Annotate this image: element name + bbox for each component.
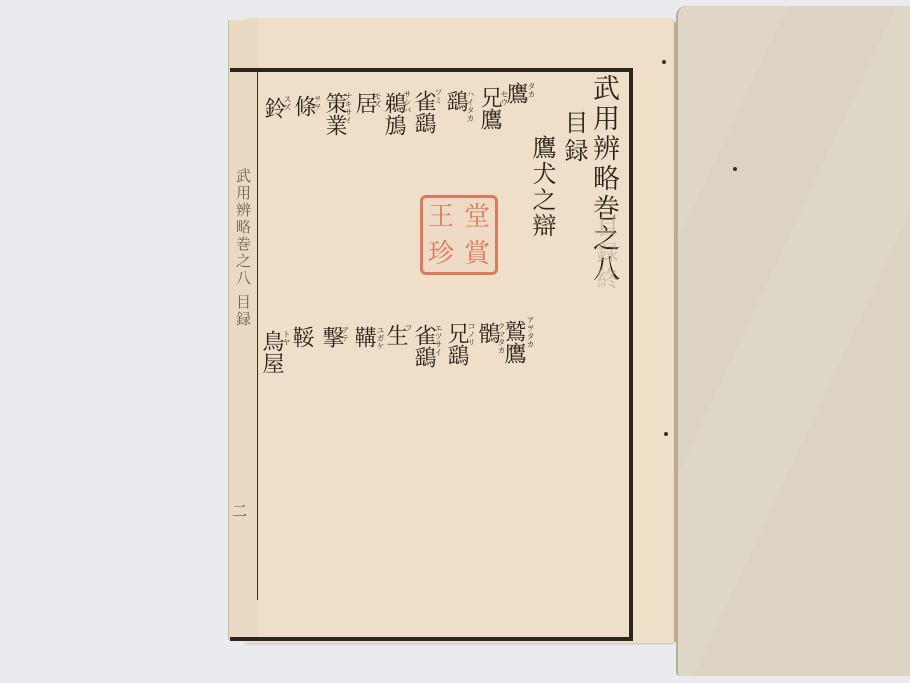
entry-upper: 策業: [323, 92, 345, 136]
entry-lower: 生: [384, 324, 406, 346]
seal-char: 賞: [459, 241, 495, 267]
entry-ruby: トヤ: [282, 330, 290, 346]
page-number: 二: [232, 500, 252, 521]
entry-ruby: クマタカ: [497, 322, 505, 354]
entry-ruby: ツミ: [434, 88, 442, 104]
seal-char: 王: [423, 204, 459, 230]
entry-ruby: ハイタカ: [466, 90, 474, 122]
paper-speck: [664, 432, 668, 436]
entry-ruby: ヲヲ: [313, 95, 321, 111]
entry-ruby: アヲタカ: [526, 316, 534, 348]
entry-ruby: ナキサイ: [344, 92, 352, 124]
entry-lower: 鳥屋: [260, 330, 282, 374]
entry-lower: 鶻: [476, 322, 498, 344]
entry-upper: 兄鷹: [478, 86, 500, 130]
spine-label: 武用辨略巻之八 目録: [232, 168, 254, 328]
entry-ruby: モズ: [373, 92, 381, 108]
bleed-through-text: 目録終: [594, 215, 616, 293]
entry-ruby: スズ: [283, 95, 291, 111]
paper-speck: [733, 167, 737, 171]
entry-ruby: サシバ: [403, 90, 411, 114]
entry-ruby: タカ: [527, 82, 535, 98]
seal-char: 珍: [423, 241, 459, 267]
contents-label: 目録: [562, 110, 586, 166]
entry-ruby: アテ: [341, 326, 349, 342]
entry-ruby: ユガケ: [376, 326, 384, 350]
entry-lower: 鞲: [352, 326, 374, 348]
seal-char: 堂: [459, 204, 495, 230]
entry-ruby: セウ: [500, 90, 508, 106]
entry-lower: 雀鷂: [412, 324, 434, 368]
facing-page-blank: [676, 6, 910, 676]
collector-seal-stamp: 王 堂 珍 賞: [420, 195, 498, 275]
entry-ruby: エツサイ: [434, 324, 442, 356]
entry-upper: 鵜鴋: [382, 92, 404, 136]
entry-lower: 鞖: [290, 326, 312, 348]
entry-ruby: コノリ: [467, 322, 475, 346]
entry-ruby: フ: [404, 324, 412, 332]
entry-lower: 兄鷂: [445, 322, 467, 366]
entry-upper: 鈴: [262, 97, 284, 119]
frame-inner-rule: [257, 72, 258, 600]
entry-lower: 撃: [320, 326, 342, 348]
entry-upper: 居: [353, 92, 375, 114]
entry-upper: 條: [292, 95, 314, 117]
paper-speck: [662, 60, 666, 64]
entry-upper: 雀鷂: [412, 90, 434, 134]
entry-upper: 鷂: [444, 90, 466, 112]
section-title: 鷹犬之辯: [530, 135, 554, 239]
